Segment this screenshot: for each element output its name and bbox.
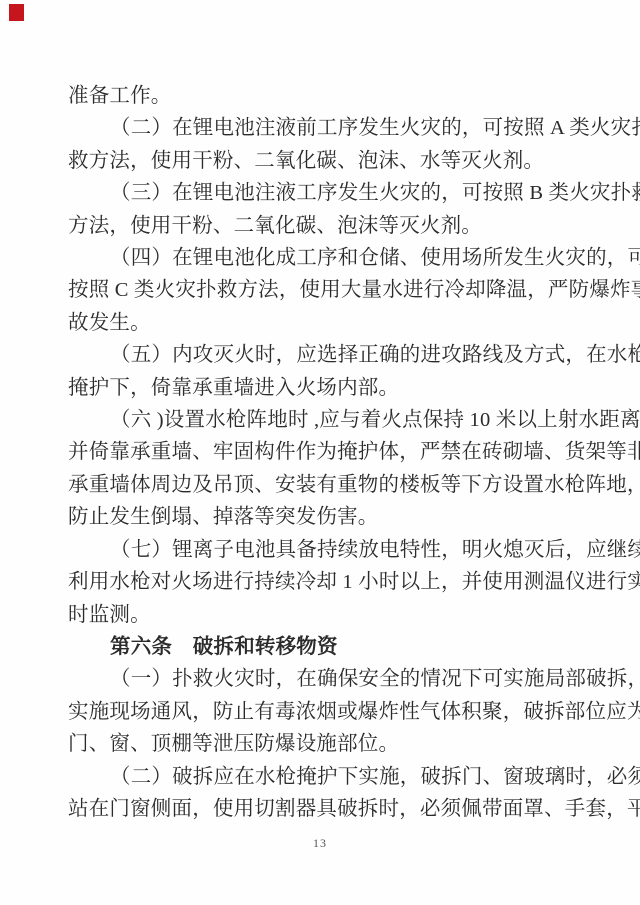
text-line: 按照 C 类火灾扑救方法，使用大量水进行冷却降温，严防爆炸事 bbox=[68, 274, 576, 306]
text-line: 方法，使用干粉、二氧化碳、泡沫等灭火剂。 bbox=[68, 210, 576, 242]
section-heading: 第六条 破拆和转移物资 bbox=[68, 631, 576, 663]
text-line: （六 )设置水枪阵地时 ,应与着火点保持 10 米以上射水距离， bbox=[68, 404, 576, 436]
text-line: 掩护下，倚靠承重墙进入火场内部。 bbox=[68, 372, 576, 404]
text-line: 实施现场通风，防止有毒浓烟或爆炸性气体积聚，破拆部位应为 bbox=[68, 696, 576, 728]
text-line: 准备工作。 bbox=[68, 80, 576, 112]
text-line: （一）扑救火灾时，在确保安全的情况下可实施局部破拆， bbox=[68, 663, 576, 695]
text-line: 门、窗、顶棚等泄压防爆设施部位。 bbox=[68, 728, 576, 760]
text-line: （四）在锂电池化成工序和仓储、使用场所发生火灾的，可 bbox=[68, 242, 576, 274]
text-line: 站在门窗侧面，使用切割器具破拆时，必须佩带面罩、手套，平 bbox=[68, 793, 576, 825]
text-line: （二）破拆应在水枪掩护下实施，破拆门、窗玻璃时，必须 bbox=[68, 761, 576, 793]
text-line: （七）锂离子电池具备持续放电特性，明火熄灭后，应继续 bbox=[68, 534, 576, 566]
page-number: 13 bbox=[0, 836, 640, 851]
text-line: 时监测。 bbox=[68, 599, 576, 631]
document-page: 准备工作。（二）在锂电池注液前工序发生火灾的，可按照 A 类火灾扑救方法，使用干… bbox=[0, 0, 640, 905]
red-corner-mark bbox=[9, 4, 24, 21]
text-line: 救方法，使用干粉、二氧化碳、泡沫、水等灭火剂。 bbox=[68, 145, 576, 177]
document-text-block: 准备工作。（二）在锂电池注液前工序发生火灾的，可按照 A 类火灾扑救方法，使用干… bbox=[68, 80, 576, 825]
text-line: （二）在锂电池注液前工序发生火灾的，可按照 A 类火灾扑 bbox=[68, 112, 576, 144]
text-line: 利用水枪对火场进行持续冷却 1 小时以上，并使用测温仪进行实 bbox=[68, 566, 576, 598]
text-line: 故发生。 bbox=[68, 307, 576, 339]
text-line: （五）内攻灭火时，应选择正确的进攻路线及方式，在水枪 bbox=[68, 339, 576, 371]
text-line: （三）在锂电池注液工序发生火灾的，可按照 B 类火灾扑救 bbox=[68, 177, 576, 209]
text-line: 防止发生倒塌、掉落等突发伤害。 bbox=[68, 501, 576, 533]
text-line: 承重墙体周边及吊顶、安装有重物的楼板等下方设置水枪阵地， bbox=[68, 469, 576, 501]
text-line: 并倚靠承重墙、牢固构件作为掩护体，严禁在砖砌墙、货架等非 bbox=[68, 436, 576, 468]
